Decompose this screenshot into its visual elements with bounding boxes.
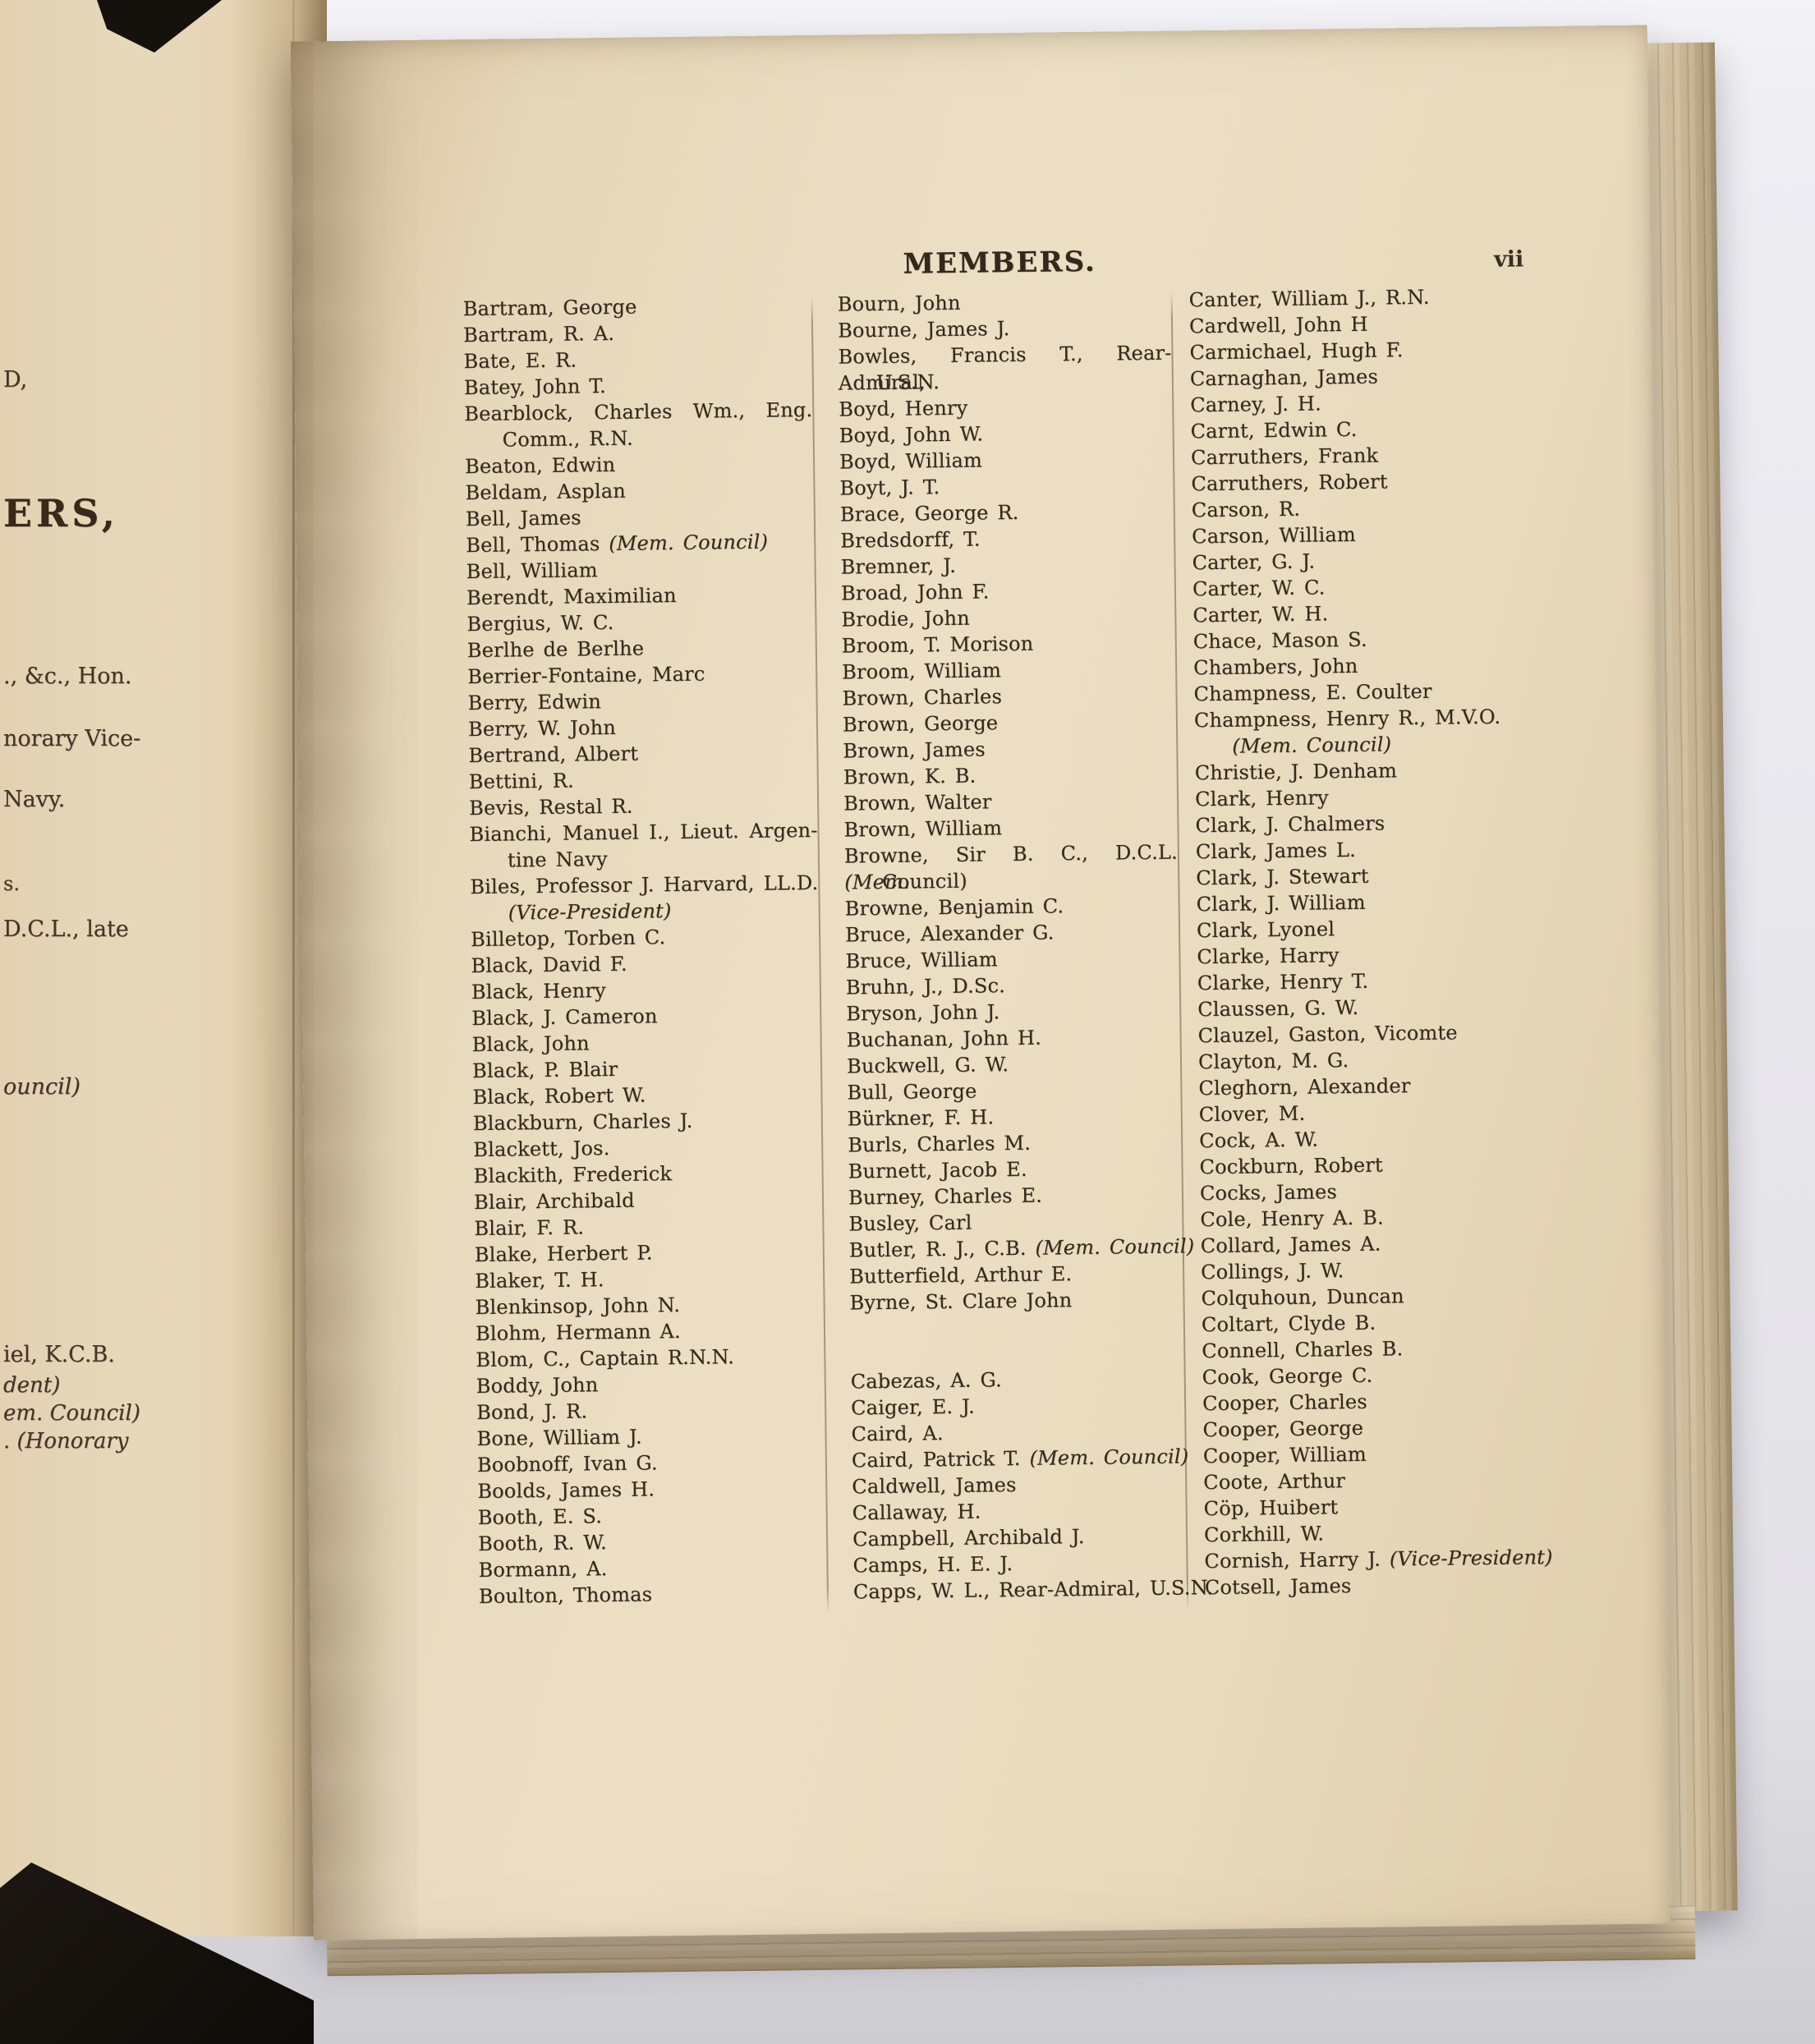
member-entry-line: Beaton, Edwin [465, 449, 813, 480]
member-entry-line: Brown, Charles [842, 682, 1175, 712]
member-entry-line: Brodie, John [841, 603, 1174, 633]
member-entry-line: Beldam, Asplan [465, 475, 813, 506]
left-page-text-fragment: iel, K.C.B. [3, 1342, 115, 1367]
member-entry-line: tine Navy [470, 843, 818, 874]
member-entry-line: Bell, Thomas (Mem. Council) [466, 528, 814, 558]
member-entry-line: Bartram, R. A. [463, 318, 811, 348]
member-entry-line: Brace, George R. [840, 498, 1174, 528]
member-entry-line: Batey, John T. [464, 370, 812, 401]
member-entry-line: Bruce, William [845, 944, 1179, 975]
member-entry-line: Berry, W. John [468, 712, 816, 742]
member-entry-line: Black, Robert W. [472, 1080, 820, 1110]
left-book-page: D,ERS,., &c., Hon.norary Vice-Navy.s.D.C… [0, 0, 327, 1936]
member-entry-line: Blair, Archibald [474, 1185, 822, 1215]
member-entry-line: Bevis, Restal R. [469, 791, 817, 821]
member-entry-line: Boyd, William [839, 445, 1173, 475]
member-entry-line: Boobnoff, Ivan G. [477, 1448, 825, 1478]
member-entry-line: Blackburn, Charles J. [473, 1106, 821, 1137]
photograph-of-book-page: { "header": { "title": "MEMBERS.", "page… [0, 0, 1815, 2044]
member-entry-line: Boolds, James H. [477, 1474, 825, 1504]
member-entry-line: Berrier-Fontaine, Marc [467, 659, 816, 690]
left-page-text-fragment: ERS, [3, 491, 119, 535]
left-page-text-fragment: ouncil) [3, 1074, 80, 1100]
member-entry-line: Bartram, George [463, 292, 811, 322]
left-page-text-fragment: . (Honorary [3, 1429, 128, 1454]
member-entry-line: (Vice-President) [471, 896, 819, 926]
member-entry-line: Busley, Carl [848, 1207, 1182, 1238]
member-entry-line: Blenkinsop, John N. [475, 1290, 823, 1321]
member-entry-line: Brown, K. B. [843, 760, 1177, 791]
member-entry-line: Bell, James [466, 502, 814, 532]
left-page-text-fragment: Navy. [3, 787, 65, 812]
left-page-text-fragment: dent) [3, 1373, 60, 1398]
member-entry-line: Cotsell, James [1205, 1570, 1571, 1601]
page-number: vii [1494, 246, 1524, 272]
member-entry-line: Black, David F. [471, 949, 819, 979]
member-entry-line: Black, John [472, 1027, 820, 1058]
member-entry-line: Bone, William J. [476, 1422, 825, 1452]
member-entry-line: Brown, William [843, 813, 1177, 843]
member-entry-line: Broad, John F. [841, 576, 1174, 607]
members-list-page: MEMBERS. vii Bartram, GeorgeBartram, R. … [291, 25, 1670, 1941]
member-entry-line: Blake, Herbert P. [475, 1238, 823, 1268]
member-entry-line: Bond, J. R. [476, 1395, 825, 1426]
member-entry-line: Bertrand, Albert [468, 738, 816, 769]
member-entry-line: Camps, H. E. J. [852, 1549, 1186, 1579]
member-entry-line: Comm., R.N. [465, 423, 813, 453]
member-entry-line: Bull, George [847, 1076, 1180, 1106]
member-entry-line: Blackith, Frederick [473, 1159, 821, 1189]
member-entry-line: Black, J. Cameron [471, 1001, 820, 1031]
members-column-2: Bourn, JohnBourne, James J.Bowles, Franc… [838, 287, 1188, 1605]
member-entry-line: Boulton, Thomas [479, 1579, 827, 1610]
member-entry-line: Council) [844, 866, 1178, 896]
member-entry-line: Browne, Sir B. C., D.C.L. (Mem. [844, 839, 1178, 870]
member-entry-line: Callaway, H. [852, 1496, 1186, 1527]
member-entry-line: Burls, Charles M. [848, 1128, 1181, 1159]
member-entry-line: Boyt, J. T. [839, 471, 1173, 502]
member-entry-line: Brown, James [843, 734, 1176, 765]
member-entry-line: Berry, Edwin [467, 686, 816, 716]
member-entry-line: Black, Henry [471, 975, 820, 1005]
left-page-text-fragment: D, [3, 367, 27, 393]
member-entry-line: Biles, Professor J. Harvard, LL.D. [470, 870, 818, 900]
member-entry-line: Caldwell, James [852, 1470, 1185, 1500]
member-entry-line: Bourn, John [838, 287, 1171, 318]
member-entry-line: Bourne, James J. [838, 314, 1171, 344]
member-entry-line: Bianchi, Manuel I., Lieut. Argen- [469, 817, 817, 847]
member-entry-line: Bate, E. R. [463, 344, 811, 374]
member-entry-line: Butterfield, Arthur E. [849, 1260, 1183, 1290]
left-page-text-fragment: D.C.L., late [3, 916, 129, 942]
member-entry-line: Black, P. Blair [472, 1054, 820, 1084]
member-entry-line: Caird, A. [851, 1417, 1184, 1448]
member-entry-line: Cornish, Harry J. (Vice-President) [1204, 1544, 1570, 1574]
left-page-text-fragment: s. [3, 872, 20, 895]
member-entry-line: Blohm, Hermann A. [476, 1316, 824, 1347]
member-entry-line: Campbell, Archibald J. [852, 1523, 1186, 1553]
member-entry-line: Blair, F. R. [474, 1211, 822, 1242]
member-entry-line: Capps, W. L., Rear-Admiral, U.S.N. [853, 1574, 1187, 1605]
member-entry-line: Browne, Benjamin C. [845, 892, 1179, 922]
member-entry-line: Bergius, W. C. [466, 607, 815, 637]
member-entry-line: Bruhn, J., D.Sc. [846, 971, 1179, 1001]
member-entry-line: Broom, T. Morison [842, 629, 1175, 659]
member-entry-line: Boyd, Henry [839, 393, 1172, 423]
member-entry-line: Bormann, A. [478, 1553, 826, 1583]
left-page-text-fragment: norary Vice- [3, 726, 140, 751]
page-title: MEMBERS. [794, 244, 1205, 282]
member-entry-line: Byrne, St. Clare John [849, 1286, 1183, 1316]
member-entry-line: Brown, Walter [843, 787, 1177, 817]
left-page-text-fragment: ., &c., Hon. [3, 664, 131, 689]
member-entry-line: Burney, Charles E. [848, 1181, 1182, 1211]
member-entry-line: Bruce, Alexander G. [845, 918, 1179, 949]
member-entry-line: Boyd, John W. [839, 419, 1172, 449]
members-column-1: Bartram, GeorgeBartram, R. A.Bate, E. R.… [463, 292, 828, 1610]
member-entry-line: Blackett, Jos. [473, 1132, 821, 1163]
member-entry-line: Bürkner, F. H. [848, 1102, 1181, 1132]
member-entry-line: Bell, William [466, 554, 814, 585]
member-entry-line: Blaker, T. H. [475, 1264, 823, 1294]
member-entry-line: Berendt, Maximilian [466, 581, 815, 611]
member-entry-line: Booth, E. S. [478, 1500, 826, 1531]
member-entry-line: Burnett, Jacob E. [848, 1155, 1181, 1185]
member-entry-line: Buchanan, John H. [846, 1023, 1179, 1054]
member-entry-line: Caird, Patrick T. (Mem. Council) [852, 1444, 1185, 1474]
member-entry-line: Bearblock, Charles Wm., Eng. [464, 397, 812, 427]
member-entry-line: Bremner, J. [840, 550, 1174, 581]
member-entry-line: Broom, William [842, 655, 1175, 686]
right-book-page-group: MEMBERS. vii Bartram, GeorgeBartram, R. … [287, 7, 1757, 2012]
member-entry-line: Blom, C., Captain R.N.N. [476, 1343, 824, 1373]
member-entry-line: Bryson, John J. [846, 997, 1179, 1027]
member-entry-line: Cabezas, A. G. [851, 1365, 1184, 1395]
member-entry-line: Billetop, Torben C. [471, 922, 819, 953]
left-page-text-fragment: em. Council) [3, 1401, 140, 1426]
member-entry-line: Buckwell, G. W. [847, 1050, 1180, 1080]
member-entry-line: Berlhe de Berlhe [467, 633, 816, 664]
member-entry-line: Brown, George [843, 708, 1176, 738]
member-entry-line: Bettini, R. [469, 765, 817, 795]
member-entry-line: U.S.N. [839, 366, 1172, 397]
member-entry-line: Boddy, John [476, 1369, 825, 1399]
member-entry-line: Bowles, Francis T., Rear-Admiral, [838, 340, 1171, 370]
member-entry-line: Booth, R. W. [478, 1527, 826, 1557]
member-entry-line: Caiger, E. J. [851, 1391, 1184, 1422]
member-entry-line: Butler, R. J., C.B. (Mem. Council) [849, 1233, 1183, 1264]
members-column-3: Canter, William J., R.N.Cardwell, John H… [1188, 282, 1571, 1601]
member-entry-line: Bredsdorff, T. [840, 524, 1174, 554]
